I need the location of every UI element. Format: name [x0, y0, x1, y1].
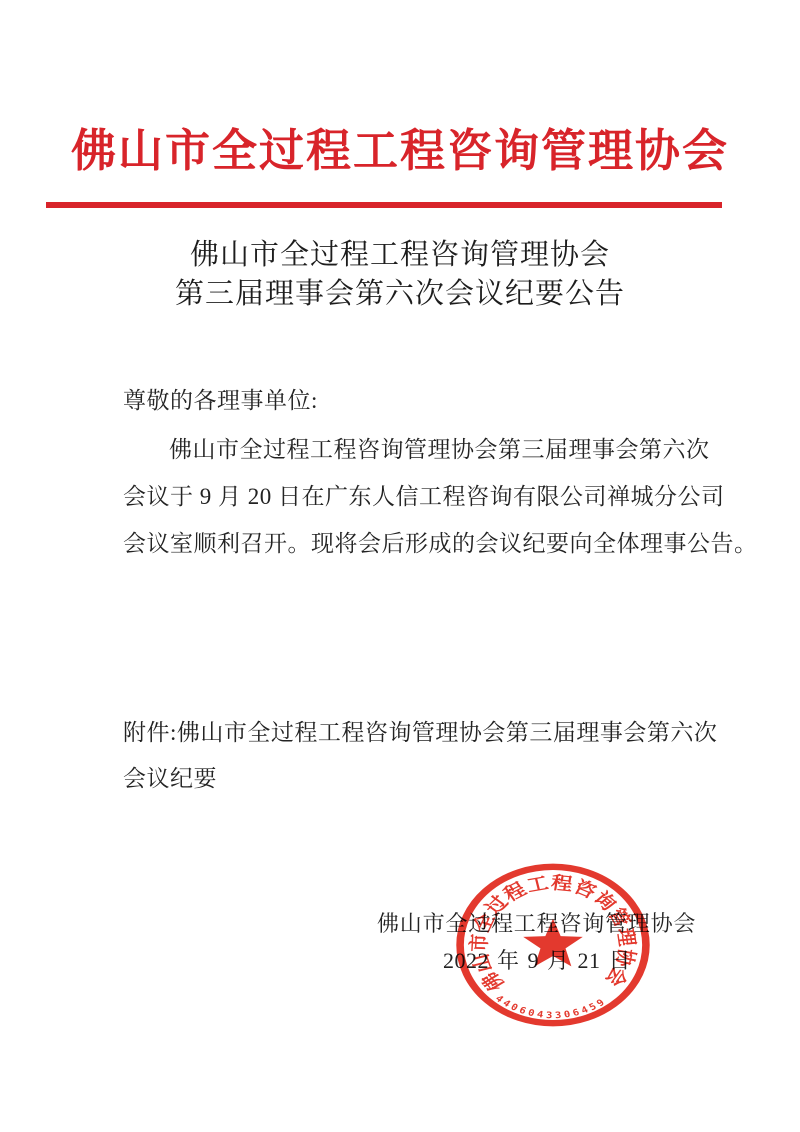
- paragraph-line-2: 会议于 9 月 20 日在广东人信工程咨询有限公司禅城分公司: [123, 483, 725, 511]
- document-title-line2: 第三届理事会第六次会议纪要公告: [0, 275, 800, 314]
- paragraph-line-3: 会议室顺利召开。现将会后形成的会议纪要向全体理事公告。: [123, 530, 758, 558]
- masthead-org-name: 佛山市全过程工程咨询管理协会: [0, 126, 800, 178]
- document-title-line1: 佛山市全过程工程咨询管理协会: [0, 236, 800, 275]
- masthead-rule: [46, 202, 722, 208]
- document-title: 佛山市全过程工程咨询管理协会 第三届理事会第六次会议纪要公告: [0, 236, 800, 314]
- official-seal-graphic: 佛山市全过程工程咨询管理协会 4406043306459: [452, 860, 654, 1030]
- salutation: 尊敬的各理事单位:: [123, 387, 318, 415]
- seal-star-icon: [523, 919, 583, 967]
- document-page: 佛山市全过程工程咨询管理协会 佛山市全过程工程咨询管理协会 第三届理事会第六次会…: [0, 0, 800, 1132]
- paragraph-line-1: 佛山市全过程工程咨询管理协会第三届理事会第六次: [123, 436, 710, 464]
- official-seal: 佛山市全过程工程咨询管理协会 4406043306459: [452, 860, 654, 1030]
- attachment-line-1: 附件:佛山市全过程工程咨询管理协会第三届理事会第六次: [123, 719, 717, 747]
- attachment-line-2: 会议纪要: [123, 765, 217, 793]
